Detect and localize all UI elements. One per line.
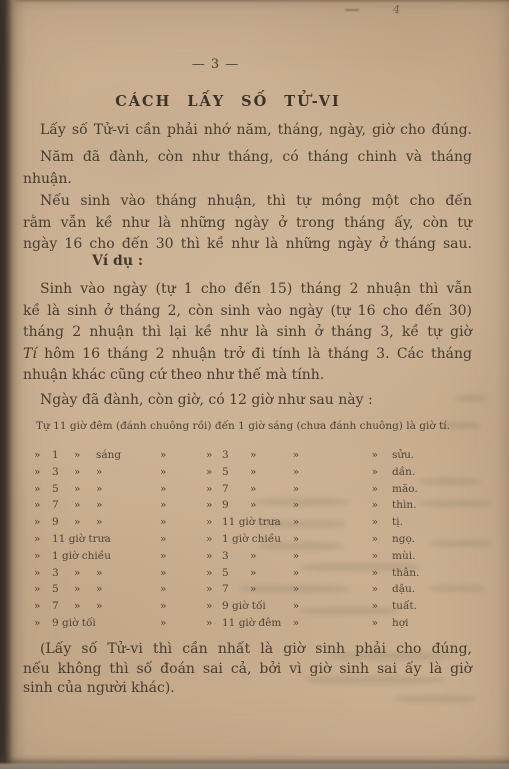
pencil-mark: 4 [392, 3, 401, 17]
bleed-through-smudge [255, 520, 345, 528]
ditto-mark: » [250, 565, 272, 582]
zodiac-hour-name: tị. [384, 514, 500, 531]
time-value: 11 giờ trưa [222, 514, 250, 531]
page-number: — 3 — [23, 57, 408, 72]
ditto-mark: » [206, 581, 222, 598]
time-value: 11 giờ trưa [52, 531, 74, 548]
ditto-mark: » [206, 447, 222, 464]
ditto-mark: » [34, 615, 52, 632]
ditto-mark: » [96, 497, 160, 514]
ditto-mark: » [160, 598, 206, 615]
time-value: 5 [222, 464, 250, 481]
ditto-mark: » [160, 565, 206, 582]
hours-table-row: »9 giờ tối»»11 giờ đêm»»hợi [0, 615, 500, 632]
bleed-through-smudge [300, 563, 420, 571]
ditto-mark: » [250, 464, 272, 481]
time-value: 3 [52, 565, 74, 582]
bleed-through-smudge [420, 500, 490, 507]
ditto-mark: » [160, 497, 206, 514]
ditto-mark: » [74, 497, 96, 514]
ditto-mark: » [206, 548, 222, 565]
time-value [96, 615, 160, 632]
scanned-page: 4 — 3 — CÁCH LẤY SỐ TỬ-VI Lấy số Tử-vi c… [0, 0, 509, 769]
ditto-mark: » [160, 581, 206, 598]
time-value: 9 [52, 514, 74, 531]
body-line: Năm đã đành, còn như tháng, có tháng chi… [23, 147, 472, 169]
ditto-mark: » [206, 598, 222, 615]
time-value: 11 giờ đêm [222, 615, 250, 632]
ditto-mark: » [74, 514, 96, 531]
ditto-mark: » [206, 531, 222, 548]
bleed-through-smudge [420, 478, 480, 485]
body-line: Ngày đã đành, còn giờ, có 12 giờ như sau… [23, 390, 472, 412]
ditto-mark: » [96, 514, 160, 531]
body-line: Tí hôm 16 tháng 2 nhuận trở đi tính là t… [23, 344, 472, 366]
zodiac-hour-name: sửu. [384, 447, 500, 464]
pencil-dashes-mark [345, 9, 359, 11]
ditto-mark: » [272, 548, 320, 565]
time-value [96, 531, 160, 548]
zodiac-hour-name: hợi [384, 615, 500, 632]
body-line: kề là sinh ở tháng 2, còn sinh vào ngày … [23, 301, 472, 323]
ditto-mark: » [34, 548, 52, 565]
bleed-through-smudge [253, 498, 348, 506]
time-value: 5 [52, 481, 74, 498]
ditto-mark: » [96, 481, 160, 498]
ditto-mark: » [74, 581, 96, 598]
bleed-through-smudge [430, 585, 485, 592]
bleed-through-smudge [300, 607, 400, 615]
ditto-mark: » [34, 497, 52, 514]
body-line: Nếu sinh vào tháng nhuận, thì tự mồng mộ… [23, 191, 472, 213]
bleed-through-smudge [455, 395, 487, 402]
time-value [74, 615, 96, 632]
time-value: 1 giờ chiều [222, 531, 250, 548]
hours-table-row: »1 giờ chiều»»3»»»mùi. [0, 548, 500, 565]
ditto-mark: » [160, 615, 206, 632]
ditto-mark: » [74, 464, 96, 481]
ditto-mark: » [250, 548, 272, 565]
time-value [250, 615, 272, 632]
ditto-mark: » [160, 464, 206, 481]
ditto-mark: » [160, 548, 206, 565]
ditto-mark: » [74, 598, 96, 615]
body-line: nhuận khác cũng cứ theo như thế mà tính. [23, 365, 472, 387]
page-title: CÁCH LẤY SỐ TỬ-VI [23, 93, 433, 110]
ditto-mark: » [34, 514, 52, 531]
ditto-mark: » [96, 464, 160, 481]
body-line: nhuận. [23, 169, 472, 191]
ditto-mark: » [250, 481, 272, 498]
time-value: 9 giờ tối [52, 615, 74, 632]
ditto-mark: » [34, 447, 52, 464]
bleed-through-smudge [258, 542, 343, 550]
ditto-mark: » [34, 531, 52, 548]
ditto-mark: » [272, 481, 320, 498]
scan-top-edge [0, 0, 509, 3]
ditto-mark: » [160, 531, 206, 548]
scan-left-edge [0, 0, 26, 769]
ditto-mark: » [206, 514, 222, 531]
ditto-mark: » [272, 615, 320, 632]
time-value: 3 [222, 548, 250, 565]
time-value: 1 giờ chiều [52, 548, 74, 565]
ditto-mark: » [34, 598, 52, 615]
body-line: ngày 16 cho đến 30 thì kề như là những n… [23, 234, 472, 256]
ditto-mark: » [206, 497, 222, 514]
zodiac-hour-name: tuất. [384, 598, 500, 615]
hours-table-row: »1»sáng»»3»»»sửu. [0, 447, 500, 464]
hours-table-row: »11 giờ trưa»»1 giờ chiều»»ngọ. [0, 531, 500, 548]
ditto-mark: » [320, 615, 384, 632]
ditto-mark: » [34, 581, 52, 598]
time-value: 7 [222, 481, 250, 498]
scan-bottom-edge [0, 755, 509, 769]
closing-paragraph: (Lấy số Tử-vi thì cần nhất là giờ sinh p… [23, 640, 472, 699]
paragraph: Lấy số Tử-vi cần phải nhớ năm, tháng, ng… [23, 120, 472, 142]
time-value [74, 531, 96, 548]
zodiac-hour-name: mùi. [384, 548, 500, 565]
ditto-mark: » [74, 447, 96, 464]
bleed-through-smudge [440, 422, 480, 429]
body-line-text: hôm 16 tháng 2 nhuận trở đi tính là thán… [37, 346, 472, 362]
bleed-through-smudge [430, 540, 490, 547]
ditto-mark: » [206, 481, 222, 498]
bleed-through-smudge [305, 676, 445, 684]
time-value: 5 [222, 565, 250, 582]
body-line: Sinh vào ngày (tự 1 cho đến 15) tháng 2 … [23, 279, 472, 301]
ditto-mark: » [34, 464, 52, 481]
ditto-mark: » [74, 481, 96, 498]
bleed-through-smudge [395, 695, 475, 703]
time-value: 5 [52, 581, 74, 598]
ditto-mark: » [206, 464, 222, 481]
ditto-mark: » [160, 447, 206, 464]
ditto-mark: » [160, 514, 206, 531]
time-value: 1 [52, 447, 74, 464]
time-value: 3 [222, 447, 250, 464]
ditto-mark: » [34, 481, 52, 498]
time-value: sáng [96, 447, 160, 464]
body-line: Lấy số Tử-vi cần phải nhớ năm, tháng, ng… [23, 120, 472, 142]
ditto-mark: » [272, 447, 320, 464]
example-label: Ví dụ : [92, 253, 143, 269]
paragraph: Ngày đã đành, còn giờ, có 12 giờ như sau… [23, 390, 472, 412]
ditto-mark: » [160, 481, 206, 498]
ditto-mark: » [272, 464, 320, 481]
ditto-mark: » [206, 615, 222, 632]
hours-table: »1»sáng»»3»»»sửu.»3»»»»5»»»dần.»5»»»»7»»… [0, 447, 500, 632]
ditto-mark: » [320, 464, 384, 481]
hours-table-intro: Tự 11 giờ đêm (đánh chuông rồi) đến 1 gi… [36, 420, 450, 432]
time-value: 7 [52, 497, 74, 514]
paragraph: Sinh vào ngày (tự 1 cho đến 15) tháng 2 … [23, 279, 472, 387]
bleed-through-smudge [240, 585, 350, 593]
paragraph: Năm đã đành, còn như tháng, có tháng chi… [23, 147, 472, 190]
paragraph: Nếu sinh vào tháng nhuận, thì tự mồng mộ… [23, 191, 472, 256]
ditto-mark: » [250, 447, 272, 464]
time-value: 7 [52, 598, 74, 615]
time-value: 9 [222, 497, 250, 514]
time-value: 3 [52, 464, 74, 481]
ditto-mark: » [320, 447, 384, 464]
time-value [96, 548, 160, 565]
ditto-mark: » [96, 598, 160, 615]
ditto-mark: » [96, 581, 160, 598]
time-value: 9 giờ tối [222, 598, 250, 615]
time-value [74, 548, 96, 565]
time-value [250, 598, 272, 615]
ditto-mark: » [96, 565, 160, 582]
hours-table-row: »7»»»»9 giờ tối»»tuất. [0, 598, 500, 615]
hours-table-row: »9»»»»11 giờ trưa»»tị. [0, 514, 500, 531]
ditto-mark: » [206, 565, 222, 582]
ditto-mark: » [34, 565, 52, 582]
bleed-through-smudge [330, 652, 450, 660]
body-line: tháng 2 nhuận thì lại kề như là sinh ở t… [23, 322, 472, 344]
hours-table-row: »3»»»»5»»»thân. [0, 565, 500, 582]
body-line: rằm vẫn kề như là những ngày ở trong thá… [23, 213, 472, 235]
ditto-mark: » [320, 481, 384, 498]
ditto-mark: » [74, 565, 96, 582]
